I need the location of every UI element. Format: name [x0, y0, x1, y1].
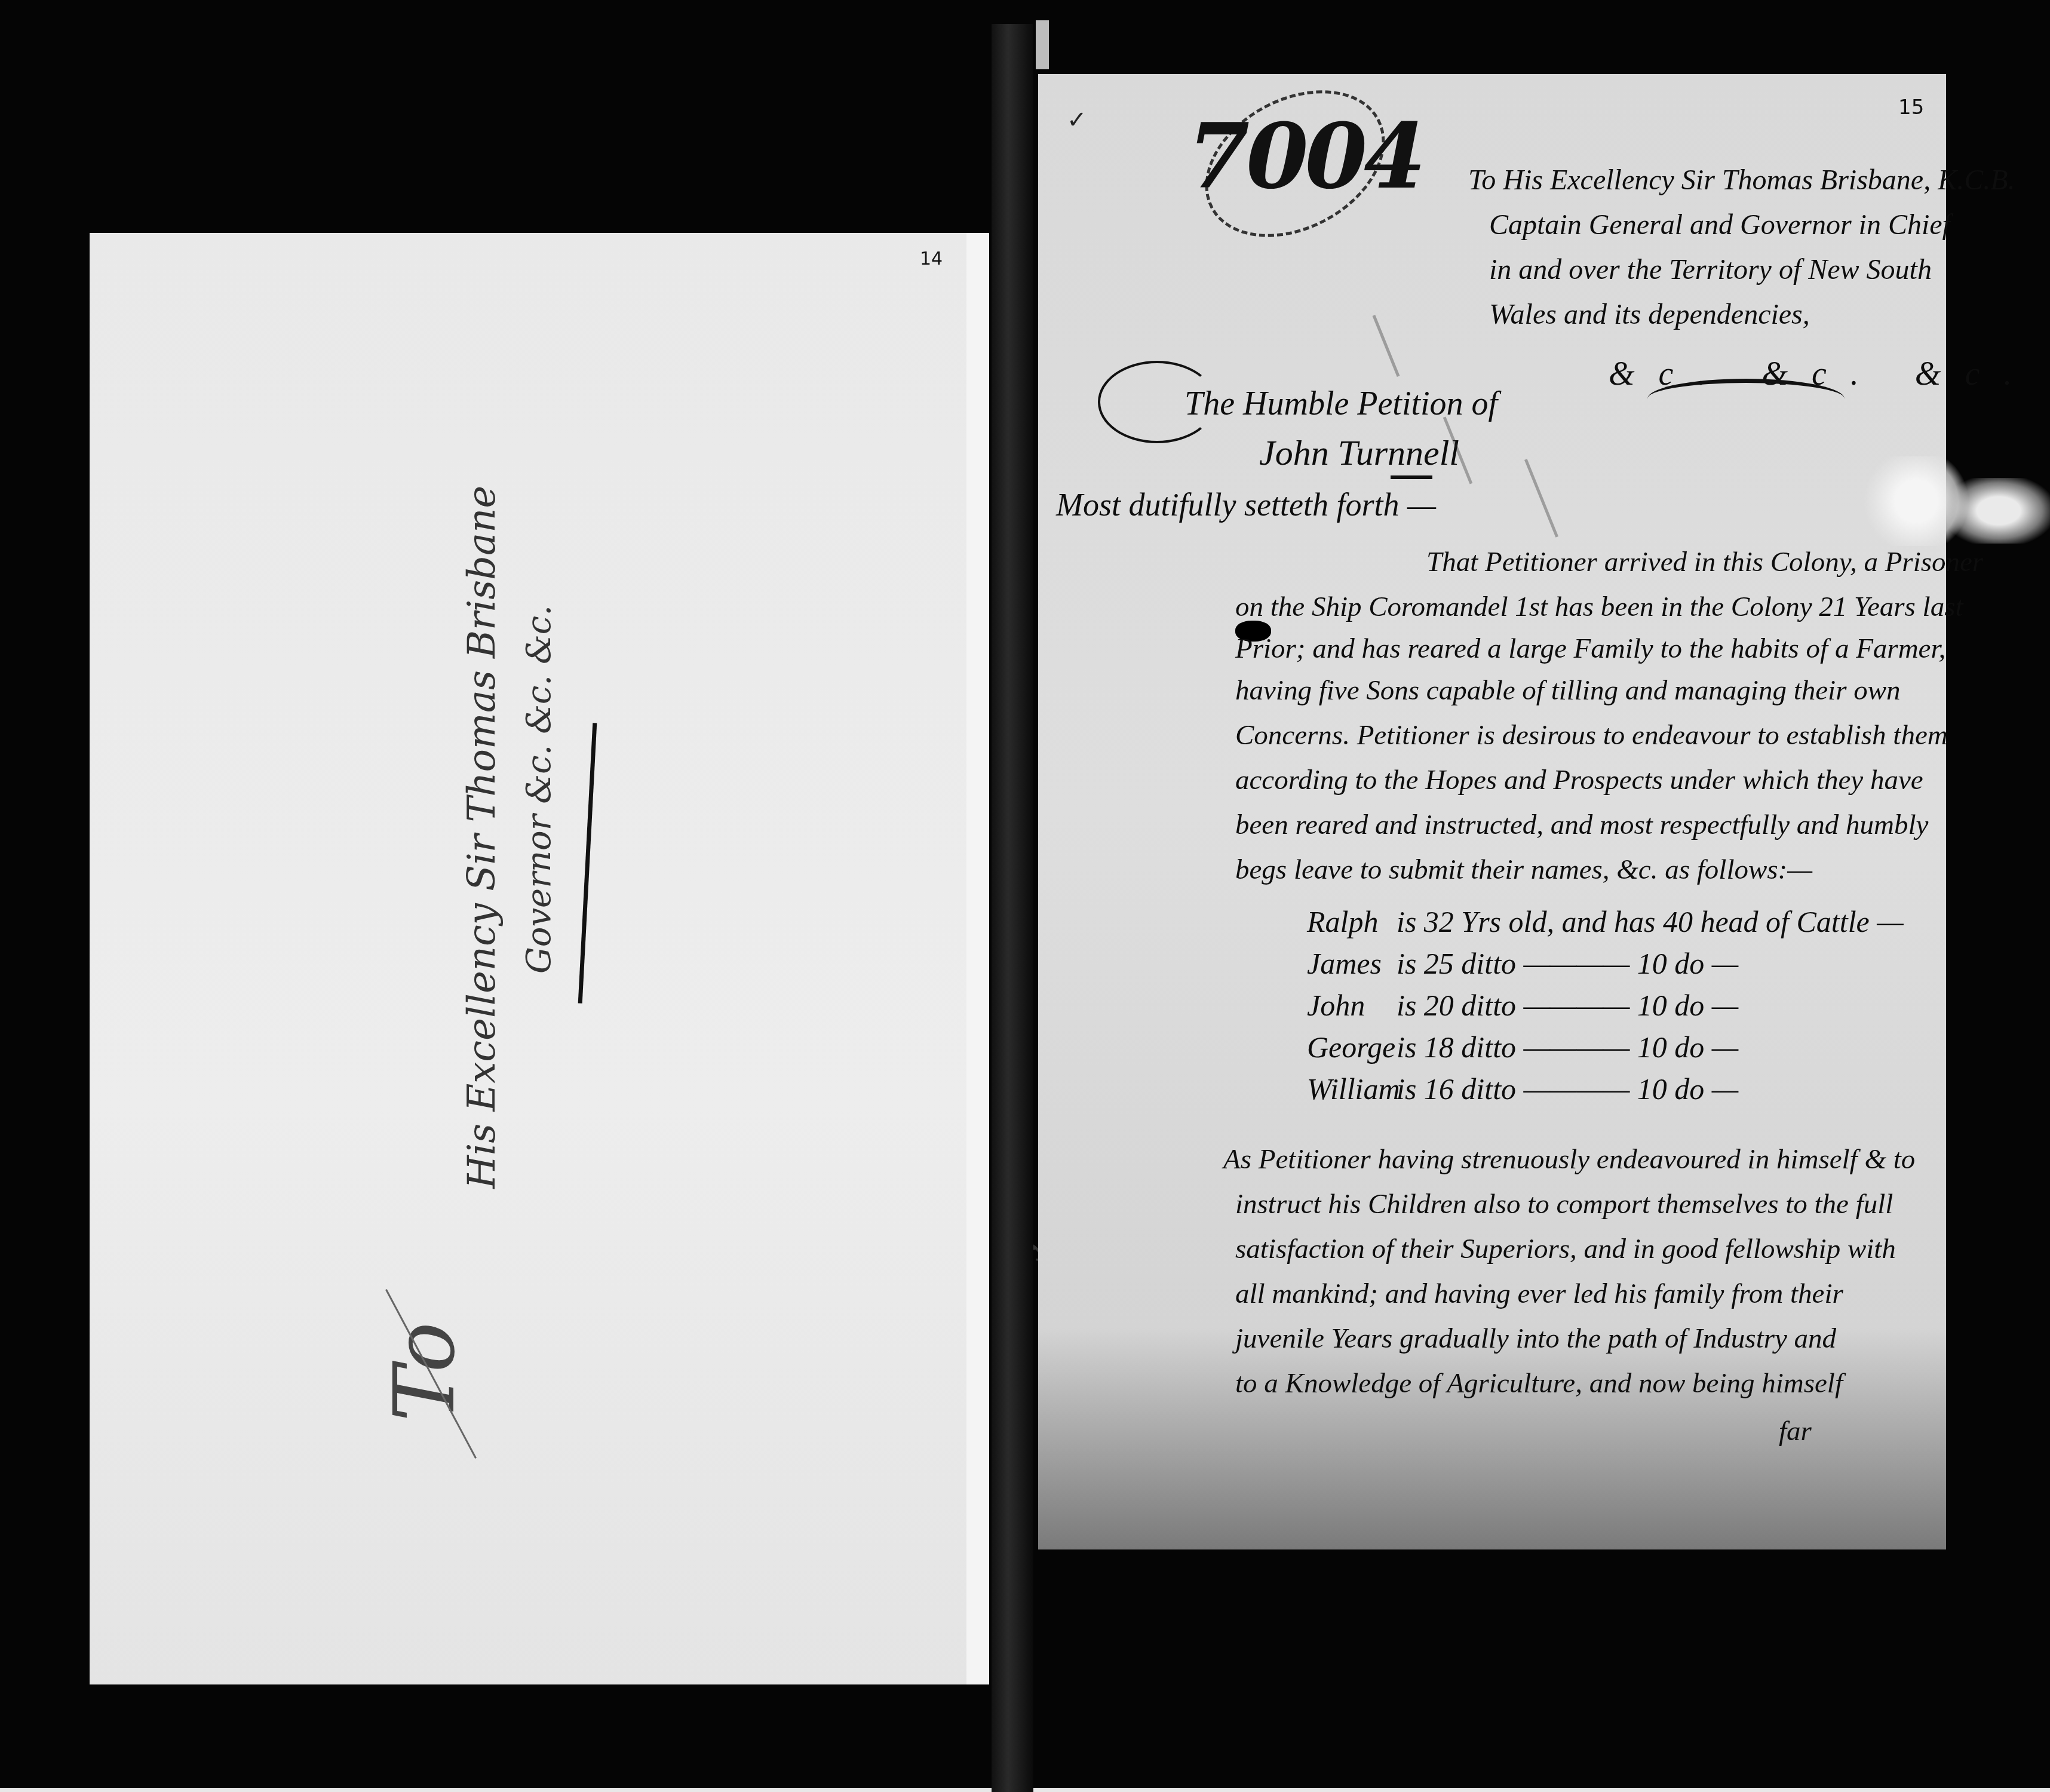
body-line: That Petitioner arrived in this Colony, … [1426, 546, 1983, 578]
body-line: Concerns. Petitioner is desirous to ende… [1235, 719, 1948, 751]
opening-line: Most dutifully setteth forth — [1056, 486, 1436, 523]
petitioner-name: John Turnnell [1259, 432, 1459, 474]
closing-line: satisfaction of their Superiors, and in … [1235, 1233, 1896, 1265]
body-line: Prior; and has reared a large Family to … [1235, 633, 1945, 665]
signature-flourish [1647, 379, 1845, 419]
docket-title: Governor &c. &c. &c. [520, 605, 558, 974]
body-line: begs leave to submit their names, &c. as… [1235, 854, 1812, 886]
name-underline [1391, 475, 1432, 479]
paper-tab [1036, 20, 1049, 69]
body-line: having five Sons capable of tilling and … [1235, 674, 1901, 707]
docket-addressee: His Excellency Sir Thomas Brisbane [460, 486, 504, 1189]
body-line: on the Ship Coromandel 1st has been in t… [1235, 591, 1963, 623]
page-number-right: 15 [1898, 96, 1924, 119]
paper-damage-edge [1947, 478, 2050, 544]
registry-number: 7004 [1187, 104, 1422, 209]
son-name: George [1307, 1030, 1395, 1064]
closing-line: all mankind; and having ever led his fam… [1235, 1278, 1843, 1310]
ink-bleed [1524, 459, 1558, 538]
petition-title: The Humble Petition of [1184, 385, 1497, 423]
closing-line: instruct his Children also to comport th… [1235, 1188, 1893, 1220]
docket-underline [578, 723, 597, 1004]
son-name: Ralph [1307, 904, 1378, 939]
son-row: James is 25 ditto ———— 10 do — [1038, 946, 1946, 988]
son-name: William [1307, 1072, 1400, 1106]
son-details: is 25 ditto ———— 10 do — [1397, 946, 1738, 981]
son-details: is 20 ditto ———— 10 do — [1397, 988, 1738, 1023]
son-details: is 32 Yrs old, and has 40 head of Cattle… [1397, 904, 1904, 939]
binding-gutter [992, 24, 1033, 1792]
page-fold [966, 233, 989, 1684]
check-mark-icon: ✓ [1067, 106, 1087, 134]
son-details: is 18 ditto ———— 10 do — [1397, 1030, 1738, 1064]
son-row: John is 20 ditto ———— 10 do — [1038, 988, 1946, 1030]
son-name: James [1307, 946, 1382, 981]
page-number-left: 14 [920, 248, 943, 269]
closing-line: As Petitioner having strenuously endeavo… [1223, 1143, 1915, 1176]
closing-line: to a Knowledge of Agriculture, and now b… [1235, 1367, 1843, 1400]
son-row: Ralph is 32 Yrs old, and has 40 head of … [1038, 904, 1946, 946]
left-page: 14 To His Excellency Sir Thomas Brisbane… [90, 233, 984, 1684]
son-row: George is 18 ditto ———— 10 do — [1038, 1030, 1946, 1072]
addressee-line: in and over the Territory of New South [1489, 253, 1932, 286]
addressee-line: Captain General and Governor in Chief [1489, 208, 1950, 241]
docket-to: To [376, 1322, 474, 1422]
son-name: John [1307, 988, 1365, 1023]
right-page: 15 ✓ 7004 To His Excellency Sir Thomas B… [1038, 74, 1946, 1549]
addressee-line: To His Excellency Sir Thomas Brisbane, K… [1468, 164, 2015, 197]
body-line: been reared and instructed, and most res… [1235, 809, 1928, 841]
ink-bleed [1373, 315, 1400, 377]
son-row: William is 16 ditto ———— 10 do — [1038, 1072, 1946, 1113]
catchword: far [1779, 1415, 1812, 1447]
addressee-line: Wales and its dependencies, [1489, 298, 1810, 331]
son-details: is 16 ditto ———— 10 do — [1397, 1072, 1738, 1106]
closing-line: juvenile Years gradually into the path o… [1235, 1322, 1836, 1355]
body-line: according to the Hopes and Prospects und… [1235, 764, 1923, 796]
